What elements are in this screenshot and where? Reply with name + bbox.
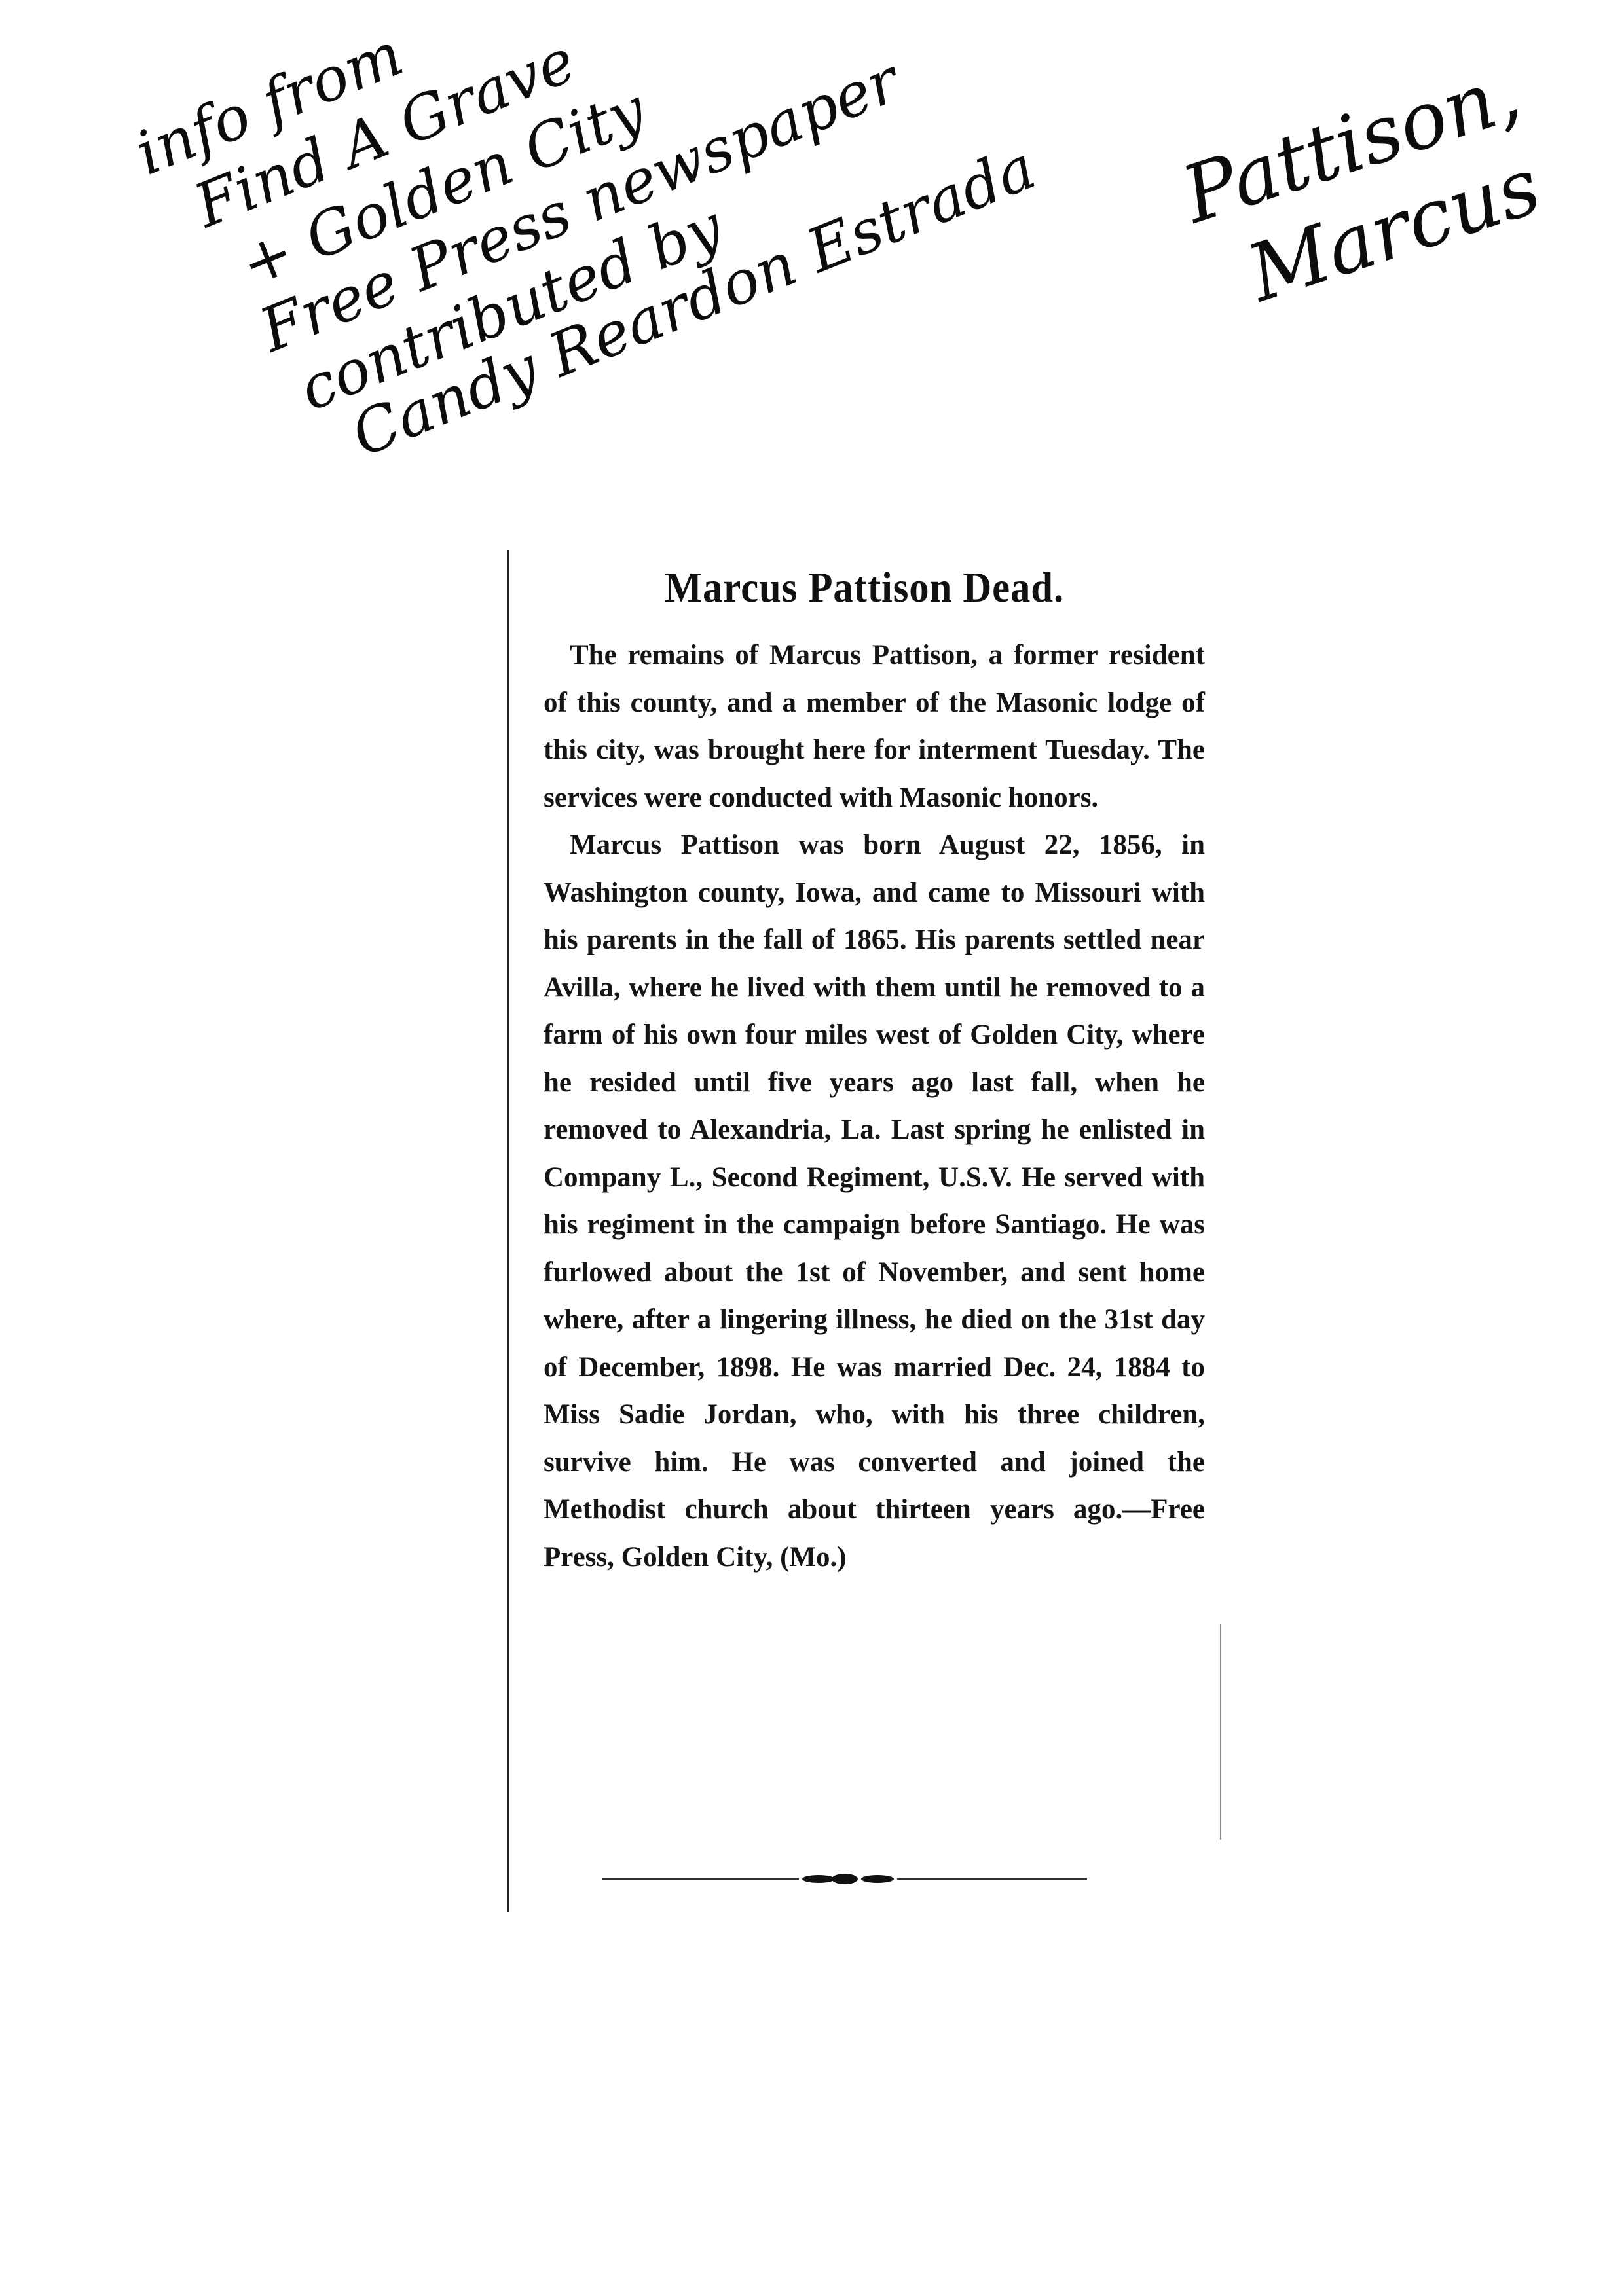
article-headline: Marcus Pattison Dead. [536, 563, 1193, 613]
article-body: The remains of Marcus Pattison, a former… [544, 632, 1205, 1581]
newspaper-clipping: Marcus Pattison Dead. The remains of Mar… [507, 550, 1221, 1918]
article-paragraph: Marcus Pattison was born August 22, 1856… [544, 822, 1205, 1581]
divider-ornament-icon [602, 1872, 1087, 1886]
column-rule [507, 550, 509, 1912]
column-rule [1220, 1624, 1221, 1840]
article-paragraph: The remains of Marcus Pattison, a former… [544, 632, 1205, 822]
